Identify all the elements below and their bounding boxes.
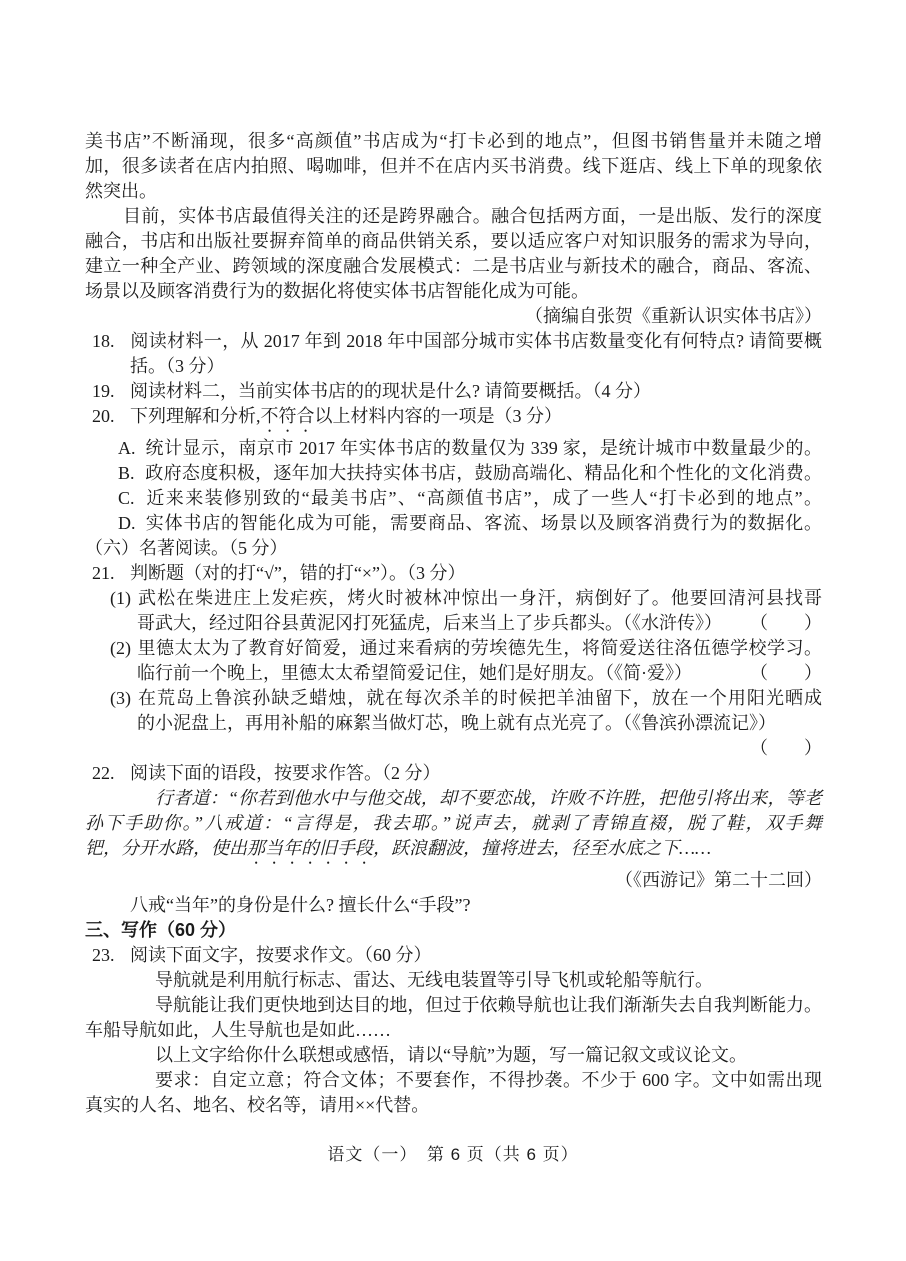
- question-20-option-d: D.实体书店的智能化成为可能，需要商品、客流、场景以及顾客消费行为的数据化。: [85, 511, 822, 536]
- question-23-number: 23.: [85, 943, 130, 968]
- question-21: 21.判断题（对的打“√”，错的打“×”）。（3 分）: [85, 561, 822, 586]
- q21-item3-label: (3): [110, 686, 137, 711]
- question-20: 20.下列理解和分析,不符合以上材料内容的一项是（3 分）: [85, 404, 822, 436]
- question-23: 23.阅读下面文字，按要求作文。（60 分）: [85, 943, 822, 968]
- q21-item1-text1: 武松在柴进庄上发疟疾，烤火时被林冲惊出一身汗，病倒好了。他要回清河县找哥: [137, 588, 822, 608]
- option-a-label: A.: [118, 436, 145, 461]
- exam-content: 美书店”不断涌现，很多“高颜值”书店成为“打卡必到的地点”，但图书销售量并未随之…: [85, 129, 822, 1118]
- q21-item1-text2: 哥武大，经过阳谷县黄泥冈打死猛虎，后来当上了步兵都头。（《水浒传》）: [137, 611, 722, 636]
- q22-passage-line2: 孙下手助你。”八戒道：“言得是，我去耶。”说声去，就剥了青锦直裰，脱了鞋，双手舞: [85, 811, 822, 836]
- question-22-text: 阅读下面的语段，按要求作答。（2 分）: [130, 763, 441, 783]
- question-22-number: 22.: [85, 761, 130, 786]
- q21-item3-answer-bracket: （ ）: [85, 736, 822, 761]
- page-footer: 语文（一） 第 6 页（共 6 页）: [0, 1140, 906, 1165]
- material-para1-line1: 美书店”不断涌现，很多“高颜值”书店成为“打卡必到的地点”，但图书销售量并未随之…: [85, 129, 822, 154]
- question-19: 19.阅读材料二，当前实体书店的的现状是什么? 请简要概括。（4 分）: [85, 379, 822, 404]
- material-para2-line3: 建立一种全产业、跨领域的深度融合发展模式：二是书店业与新技术的融合，商品、客流、: [85, 254, 822, 279]
- material-para1-line2: 加，很多读者在店内拍照、喝咖啡，但并不在店内买书消费。线下逛店、线上下单的现象依: [85, 154, 822, 179]
- material-para2-line2: 融合，书店和出版社要摒弃简单的商品供销关系，要以适应客户对知识服务的需求为导向，: [85, 229, 822, 254]
- question-20-option-a: A.统计显示，南京市 2017 年实体书店的数量仅为 339 家，是统计城市中数…: [85, 436, 822, 461]
- material-source: （摘编自张贺《重新认识实体书店》）: [85, 304, 822, 329]
- q21-item2-text1: 里德太太为了教育好简爱，通过来看病的劳埃德先生，将简爱送往洛伍德学校学习。: [137, 638, 822, 658]
- question-18-text: 阅读材料一，从 2017 年到 2018 年中国部分城市实体书店数量变化有何特点…: [130, 331, 822, 351]
- question-20-option-b: B.政府态度积极，逐年加大扶持实体书店，鼓励高端化、精品化和个性化的文化消费。: [85, 461, 822, 486]
- question-20-text-pre: 下列理解和分析,: [130, 406, 261, 426]
- question-19-number: 19.: [85, 379, 130, 404]
- question-20-option-c: C.近来来装修别致的“最美书店”、“高颜值书店”，成了一些人“打卡必到的地点”。: [85, 486, 822, 511]
- question-23-text: 阅读下面文字，按要求作文。（60 分）: [130, 945, 432, 965]
- q22-passage-emphasized-text: 那当年的旧手段: [247, 838, 373, 858]
- q21-item1-line1: (1)武松在柴进庄上发疟疾，烤火时被林冲惊出一身汗，病倒好了。他要回清河县找哥: [85, 586, 822, 611]
- question-21-text: 判断题（对的打“√”，错的打“×”）。（3 分）: [130, 563, 466, 583]
- question-18-number: 18.: [85, 329, 130, 354]
- q22-passage-line3-pre: 钯，分开水路，使出: [85, 838, 247, 858]
- q22-sub-question: 八戒“当年”的身份是什么? 擅长什么“手段”?: [130, 893, 822, 918]
- question-20-emphasized-text: 不符合: [261, 406, 315, 426]
- option-a-text: 统计显示，南京市 2017 年实体书店的数量仅为 339 家，是统计城市中数量最…: [145, 438, 822, 458]
- section-3-heading: 三、写作（60 分）: [85, 918, 822, 943]
- q23-paragraph2-line2: 车船导航如此，人生导航也是如此……: [85, 1018, 822, 1043]
- q22-passage-source: （《西游记》第二十二回）: [85, 868, 822, 893]
- question-21-number: 21.: [85, 561, 130, 586]
- material-para1-line3: 然突出。: [85, 179, 822, 204]
- question-18: 18.阅读材料一，从 2017 年到 2018 年中国部分城市实体书店数量变化有…: [85, 329, 822, 354]
- option-c-label: C.: [118, 486, 145, 511]
- q23-paragraph1: 导航就是利用航行标志、雷达、无线电装置等引导飞机或轮船等航行。: [85, 968, 822, 993]
- q23-paragraph3: 以上文字给你什么联想或感悟，请以“导航”为题，写一篇记叙文或议论文。: [85, 1043, 822, 1068]
- question-18-cont: 括。（3 分）: [130, 354, 822, 379]
- q21-item1-line2: 哥武大，经过阳谷县黄泥冈打死猛虎，后来当上了步兵都头。（《水浒传》）（ ）: [137, 611, 822, 636]
- q21-item2-line1: (2)里德太太为了教育好简爱，通过来看病的劳埃德先生，将简爱送往洛伍德学校学习。: [85, 636, 822, 661]
- option-b-label: B.: [118, 461, 145, 486]
- exam-page: 美书店”不断涌现，很多“高颜值”书店成为“打卡必到的地点”，但图书销售量并未随之…: [0, 0, 906, 1261]
- question-20-text-post: 以上材料内容的一项是（3 分）: [315, 406, 563, 426]
- option-b-text: 政府态度积极，逐年加大扶持实体书店，鼓励高端化、精品化和个性化的文化消费。: [145, 463, 822, 483]
- q21-item2-answer-bracket: （ ）: [750, 661, 822, 686]
- option-d-label: D.: [118, 511, 145, 536]
- option-c-text: 近来来装修别致的“最美书店”、“高颜值书店”，成了一些人“打卡必到的地点”。: [145, 488, 822, 508]
- q21-item1-label: (1): [110, 586, 137, 611]
- q21-item2-text2: 临行前一个晚上，里德太太希望简爱记住，她们是好朋友。（《简·爱》）: [137, 661, 692, 686]
- section-6-heading: （六）名著阅读。（5 分）: [85, 536, 822, 561]
- material-para2-line4: 场景以及顾客消费行为的数据化将使实体书店智能化成为可能。: [85, 279, 822, 304]
- question-20-number: 20.: [85, 404, 130, 429]
- q21-item1-answer-bracket: （ ）: [750, 611, 822, 636]
- q23-requirements-line1: 要求：自定立意；符合文体；不要套作，不得抄袭。不少于 600 字。文中如需出现: [85, 1068, 822, 1093]
- q21-item3-text1: 在荒岛上鲁滨孙缺乏蜡烛，就在每次杀羊的时候把羊油留下，放在一个用阳光晒成: [137, 688, 822, 708]
- q22-passage-line1: 行者道：“你若到他水中与他交战，却不要恋战，许败不许胜，把他引将出来，等老: [85, 786, 822, 811]
- q22-passage-line3: 钯，分开水路，使出那当年的旧手段，跃浪翻波，撞将进去，径至水底之下……: [85, 836, 822, 868]
- q21-item2-line2: 临行前一个晚上，里德太太希望简爱记住，她们是好朋友。（《简·爱》）（ ）: [137, 661, 822, 686]
- q23-paragraph2-line1: 导航能让我们更快地到达目的地，但过于依赖导航也让我们渐渐失去自我判断能力。: [85, 993, 822, 1018]
- option-d-text: 实体书店的智能化成为可能，需要商品、客流、场景以及顾客消费行为的数据化。: [145, 513, 822, 533]
- material-para2-line1: 目前，实体书店最值得关注的还是跨界融合。融合包括两方面，一是出版、发行的深度: [85, 204, 822, 229]
- q21-item3-line1: (3)在荒岛上鲁滨孙缺乏蜡烛，就在每次杀羊的时候把羊油留下，放在一个用阳光晒成: [85, 686, 822, 711]
- question-22: 22.阅读下面的语段，按要求作答。（2 分）: [85, 761, 822, 786]
- q23-requirements-line2: 真实的人名、地名、校名等，请用××代替。: [85, 1093, 822, 1118]
- q21-item3-line2: 的小泥盘上，再用补船的麻絮当做灯芯，晚上就有点光亮了。（《鲁滨孙漂流记》）: [137, 711, 822, 736]
- q22-passage-line3-post: ，跃浪翻波，撞将进去，径至水底之下……: [373, 838, 711, 858]
- q21-item2-label: (2): [110, 636, 137, 661]
- question-19-text: 阅读材料二，当前实体书店的的现状是什么? 请简要概括。（4 分）: [130, 381, 651, 401]
